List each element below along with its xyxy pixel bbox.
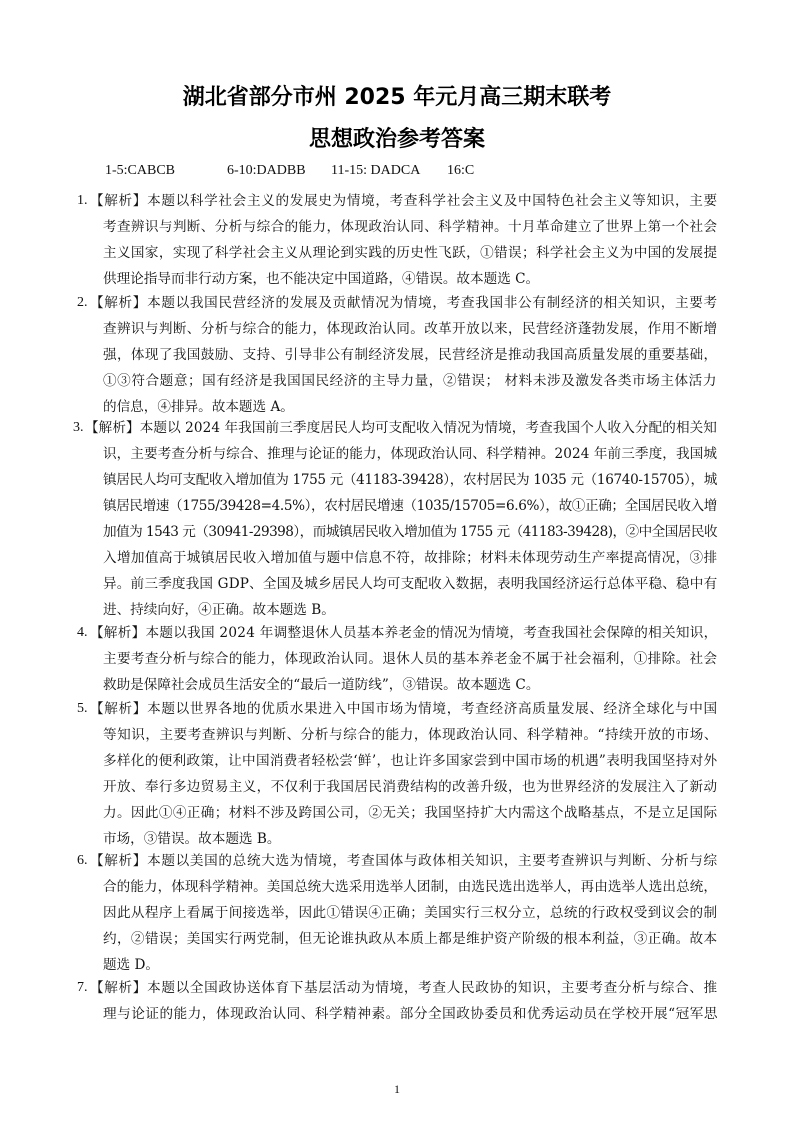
explanation-item-5: 5. 【解析】本题以世界各地的优质水果进入中国市场为情境，考查经济高质量发展、经…: [77, 696, 717, 852]
item-line: 考查辨识与判断、分析与综合的能力，体现政治认同、科学精神。十月革命建立了世界上第…: [103, 214, 717, 240]
answer-key-6-10: 6-10:DADBB: [227, 160, 306, 182]
item-line: 识，主要考查分析与综合、推理与论证的能力，体现政治认同、科学精神。2024 年前…: [103, 441, 717, 467]
item-line: 异。前三季度我国 GDP、全国及城乡居民人均可支配收入数据，表明我国经济运行总体…: [103, 571, 717, 597]
item-line: 力。因此①④正确；材料不涉及跨国公司，②无关；我国坚持扩大内需这个战略基点，不是…: [103, 800, 717, 826]
item-body: 【解析】本题以我国 2024 年调整退休人员基本养老金的情况为情境，考查我国社会…: [103, 620, 717, 698]
item-line: 【解析】本题以美国的总统大选为情境，考查国体与政体相关知识，主要考查辨识与判断、…: [90, 848, 717, 874]
item-line: 因此从程序上看属于间接选举，因此①错误④正确；美国实行三权分立，总统的行政权受到…: [103, 900, 717, 926]
item-line: 【解析】本题以全国政协送体育下基层活动为情境，考查人民政协的知识，主要考查分析与…: [90, 975, 717, 1001]
item-line: 镇居民增速（1755/39428=4.5%），农村居民增速（1035/15705…: [103, 493, 717, 519]
answer-key-1-5: 1-5:CABCB: [105, 160, 175, 182]
item-number: 2.: [77, 290, 88, 316]
item-line: 约，②错误；美国实行两党制，但无论谁执政从本质上都是维护资产阶级的根本利益，③正…: [103, 926, 717, 952]
item-number: 5.: [77, 696, 88, 722]
item-line: 等知识，主要考查辨识与判断、分析与综合的能力，体现政治认同、科学精神。“持续开放…: [103, 722, 717, 748]
item-line: 【解析】本题以科学社会主义的发展史为情境，考查科学社会主义及中国特色社会主义等知…: [90, 188, 717, 214]
item-number: 3.: [73, 415, 84, 441]
item-line: 理与论证的能力，体现政治认同、科学精神素。部分全国政协委员和优秀运动员在学校开展…: [103, 1001, 717, 1027]
document-subtitle: 思想政治参考答案: [0, 122, 794, 158]
item-line: 入增加值高于城镇居民收入增加值与题中信息不符，故排除；材料未体现劳动生产率提高情…: [103, 545, 717, 571]
item-body: 【解析】本题以我国民营经济的发展及贡献情况为情境，考查我国非公有制经济的相关知识…: [103, 290, 717, 420]
explanation-item-2: 2. 【解析】本题以我国民营经济的发展及贡献情况为情境，考查我国非公有制经济的相…: [77, 290, 717, 420]
item-line: ①③符合题意；国有经济是我国国民经济的主导力量，②错误； 材料未涉及激发各类市场…: [103, 368, 717, 394]
explanation-item-6: 6. 【解析】本题以美国的总统大选为情境，考查国体与政体相关知识，主要考查辨识与…: [77, 848, 717, 978]
item-line: 【解析】本题以世界各地的优质水果进入中国市场为情境，考查经济高质量发展、经济全球…: [90, 696, 717, 722]
item-line: 多样化的便利政策，让中国消费者轻松尝‘鲜’，也让许多国家尝到中国市场的机遇”表明…: [103, 748, 717, 774]
item-number: 7.: [77, 975, 88, 1001]
item-number: 4.: [77, 620, 88, 646]
item-line: 合的能力，体现科学精神。美国总统大选采用选举人团制，由选民选出选举人，再由选举人…: [103, 874, 717, 900]
document-title: 湖北省部分市州 2025 年元月高三期末联考: [0, 80, 794, 116]
item-body: 【解析】本题以美国的总统大选为情境，考查国体与政体相关知识，主要考查辨识与判断、…: [103, 848, 717, 978]
item-number: 6.: [77, 848, 88, 874]
item-line: 加值为 1543 元（30941-29398），而城镇居民收入增加值为 1755…: [103, 519, 717, 545]
item-line: 镇居民人均可支配收入增加值为 1755 元（41183-39428），农村居民为…: [103, 467, 717, 493]
explanation-item-1: 1. 【解析】本题以科学社会主义的发展史为情境，考查科学社会主义及中国特色社会主…: [77, 188, 717, 292]
explanation-item-3: 3. 【解析】本题以 2024 年我国前三季度居民人均可支配收入情况为情境，考查…: [77, 415, 717, 623]
item-body: 【解析】本题以 2024 年我国前三季度居民人均可支配收入情况为情境，考查我国个…: [103, 415, 717, 623]
item-line: 【解析】本题以 2024 年我国前三季度居民人均可支配收入情况为情境，考查我国个…: [85, 415, 717, 441]
item-line: 强，体现了我国鼓励、支持、引导非公有制经济发展，民营经济是推动我国高质量发展的重…: [103, 342, 717, 368]
explanation-item-7: 7. 【解析】本题以全国政协送体育下基层活动为情境，考查人民政协的知识，主要考查…: [77, 975, 717, 1027]
answer-key-16: 16:C: [447, 160, 474, 182]
item-line: 主要考查分析与综合的能力，体现政治认同。退休人员的基本养老金不属于社会福利，①排…: [103, 646, 717, 672]
page-number: 1: [0, 1082, 794, 1097]
item-line: 【解析】本题以我国民营经济的发展及贡献情况为情境，考查我国非公有制经济的相关知识…: [90, 290, 717, 316]
item-body: 【解析】本题以全国政协送体育下基层活动为情境，考查人民政协的知识，主要考查分析与…: [103, 975, 717, 1027]
item-line: 【解析】本题以我国 2024 年调整退休人员基本养老金的情况为情境，考查我国社会…: [90, 620, 717, 646]
item-line: 主义国家，实现了科学社会主义从理论到实践的历史性飞跃，①错误；科学社会主义为中国…: [103, 240, 717, 266]
answer-key-11-15: 11-15: DADCA: [331, 160, 420, 182]
item-line: 查辨识与判断、分析与综合的能力，体现政治认同。改革开放以来，民营经济蓬勃发展，作…: [103, 316, 717, 342]
document-page: 湖北省部分市州 2025 年元月高三期末联考 思想政治参考答案 1-5:CABC…: [0, 0, 794, 1123]
item-line: 开放、奉行多边贸易主义，不仅利于我国居民消费结构的改善升级，也为世界经济的发展注…: [103, 774, 717, 800]
item-line: 供理论指导而非行动方案，也不能决定中国道路，④错误。故本题选 C。: [103, 266, 717, 292]
explanation-item-4: 4. 【解析】本题以我国 2024 年调整退休人员基本养老金的情况为情境，考查我…: [77, 620, 717, 698]
item-line: 救助是保障社会成员生活安全的“最后一道防线”，③错误。故本题选 C。: [103, 672, 717, 698]
item-number: 1.: [77, 188, 88, 214]
item-body: 【解析】本题以世界各地的优质水果进入中国市场为情境，考查经济高质量发展、经济全球…: [103, 696, 717, 852]
item-body: 【解析】本题以科学社会主义的发展史为情境，考查科学社会主义及中国特色社会主义等知…: [103, 188, 717, 292]
